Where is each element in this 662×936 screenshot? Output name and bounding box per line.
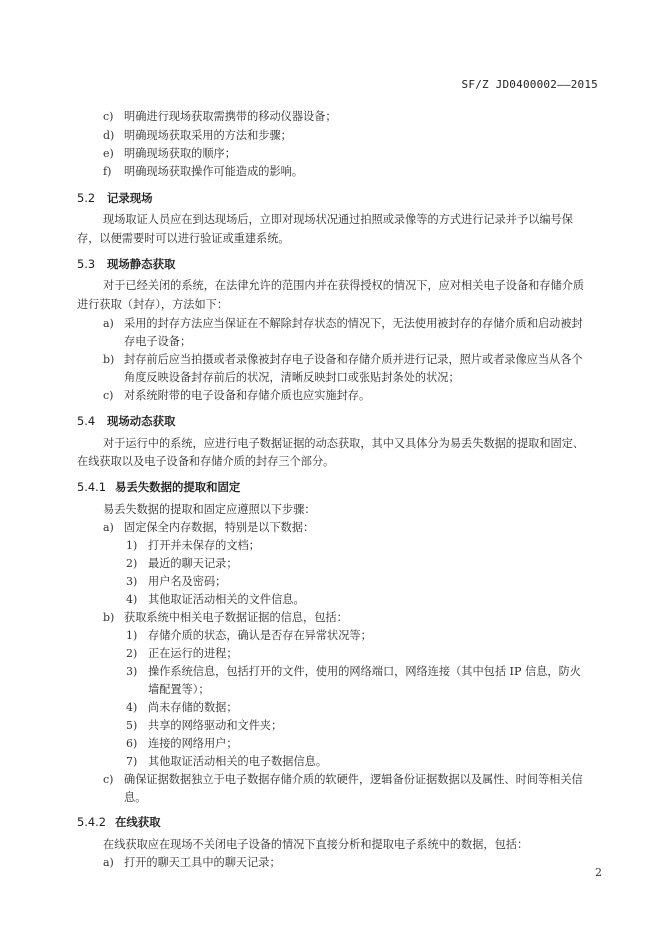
sublist-item: 存储介质的状态，确认是否存在异常状况等； [148,629,372,643]
list-item: 对系统附带的电子设备和存储介质也应实施封存。 [124,389,370,403]
list-label: b) [103,611,114,624]
section-heading-5-3: 5.3现场静态获取 [77,256,175,272]
sublist-item-cont: 墙配置等）； [148,683,210,697]
section-title: 在线获取 [115,815,161,829]
sublist-label: 3) [126,575,137,588]
section-number: 5.4.1 [77,480,115,494]
list-item-cont: 角度反映设备封存前后的状况，清晰反映封口或张贴封条处的状况； [124,371,460,385]
section-title: 易丢失数据的提取和固定 [115,480,240,494]
sublist-label: 4) [126,593,137,606]
list-label: f) [103,165,111,178]
sublist-label: 4) [126,701,137,714]
sublist-label: 7) [126,755,137,768]
list-label: a) [103,317,114,330]
section-title: 现场静态获取 [107,257,175,271]
section-heading-5-4-2: 5.4.2在线获取 [77,814,161,830]
page-number: 2 [595,866,602,879]
list-item: 明确进行现场获取需携带的移动仪器设备； [124,110,337,124]
paragraph-line: 在线获取应在现场不关闭电子设备的情况下直接分析和提取电子系统中的数据，包括： [103,838,528,852]
sublist-label: 2) [126,647,137,660]
page-header-doc-id: SF/Z JD0400002——2015 [462,78,598,91]
paragraph-line: 进行获取（封存），方法如下： [77,298,228,312]
sublist-item: 打开并未保存的文档； [148,539,260,553]
list-label: b) [103,353,114,366]
section-number: 5.4 [77,414,107,428]
sublist-label: 5) [126,719,137,732]
paragraph-line: 对于已经关闭的系统，在法律允许的范围内并在获得授权的情况下，应对相关电子设备和存… [103,279,584,293]
list-item-cont: 存电子设备； [124,335,191,349]
section-number: 5.2 [77,191,107,205]
list-item: 获取系统中相关电子数据证据的信息，包括： [124,611,348,625]
sublist-item: 其他取证活动相关的电子数据信息。 [148,755,327,769]
sublist-item: 用户名及密码； [148,575,226,589]
sublist-item: 其他取证活动相关的文件信息。 [148,593,305,607]
sublist-item: 共享的网络驱动和文件夹； [148,719,282,733]
sublist-item: 最近的聊天记录； [148,557,238,571]
paragraph-line: 存，以便需要时可以进行验证或重建系统。 [77,232,290,246]
section-heading-5-4: 5.4现场动态获取 [77,413,175,429]
section-number: 5.4.2 [77,815,115,829]
list-item-cont: 息。 [124,791,146,805]
list-item: 明确现场获取操作可能造成的影响。 [124,165,303,179]
sublist-label: 1) [126,539,137,552]
sublist-label: 2) [126,557,137,570]
section-title: 记录现场 [107,191,153,205]
sublist-item: 操作系统信息，包括打开的文件，使用的网络端口，网络连接（其中包括 IP 信息，防… [148,665,581,679]
sublist-label: 1) [126,629,137,642]
list-item: 固定保全内存数据，特别是以下数据： [124,521,314,535]
paragraph-line: 现场取证人员应在到达现场后，立即对现场状况通过拍照或录像等的方式进行记录并予以编… [103,213,573,227]
paragraph-line: 对于运行中的系统，应进行电子数据证据的动态获取，其中又具体分为易丢失数据的提取和… [103,437,584,451]
list-item: 封存前后应当拍摄或者录像被封存电子设备和存储介质并进行记录，照片或者录像应当从各… [124,353,583,367]
list-item: 确保证据数据独立于电子数据存储介质的软硬件，逻辑备份证据数据以及属性、时间等相关… [124,773,583,787]
list-label: c) [103,773,113,786]
list-item: 明确现场获取采用的方法和步骤； [124,129,292,143]
sublist-label: 3) [126,665,137,678]
sublist-item: 尚未存储的数据； [148,701,238,715]
list-label: c) [103,110,113,123]
paragraph-line: 易丢失数据的提取和固定应遵照以下步骤： [103,503,316,517]
sublist-label: 6) [126,737,137,750]
list-label: d) [103,129,114,142]
section-title: 现场动态获取 [107,414,175,428]
list-label: c) [103,389,113,402]
list-label: a) [103,521,114,534]
list-label: a) [103,856,114,869]
list-label: e) [103,147,114,160]
section-number: 5.3 [77,257,107,271]
list-item: 打开的聊天工具中的聊天记录； [124,856,281,870]
paragraph-line: 在线获取以及电子设备和存储介质的封存三个部分。 [77,455,334,469]
sublist-item: 连接的网络用户； [148,737,238,751]
list-item: 采用的封存方法应当保证在不解除封存状态的情况下，无法使用被封存的存储介质和启动被… [124,317,583,331]
section-heading-5-4-1: 5.4.1易丢失数据的提取和固定 [77,479,240,495]
list-item: 明确现场获取的顺序； [124,147,236,161]
section-heading-5-2: 5.2记录现场 [77,190,153,206]
sublist-item: 正在运行的进程； [148,647,238,661]
